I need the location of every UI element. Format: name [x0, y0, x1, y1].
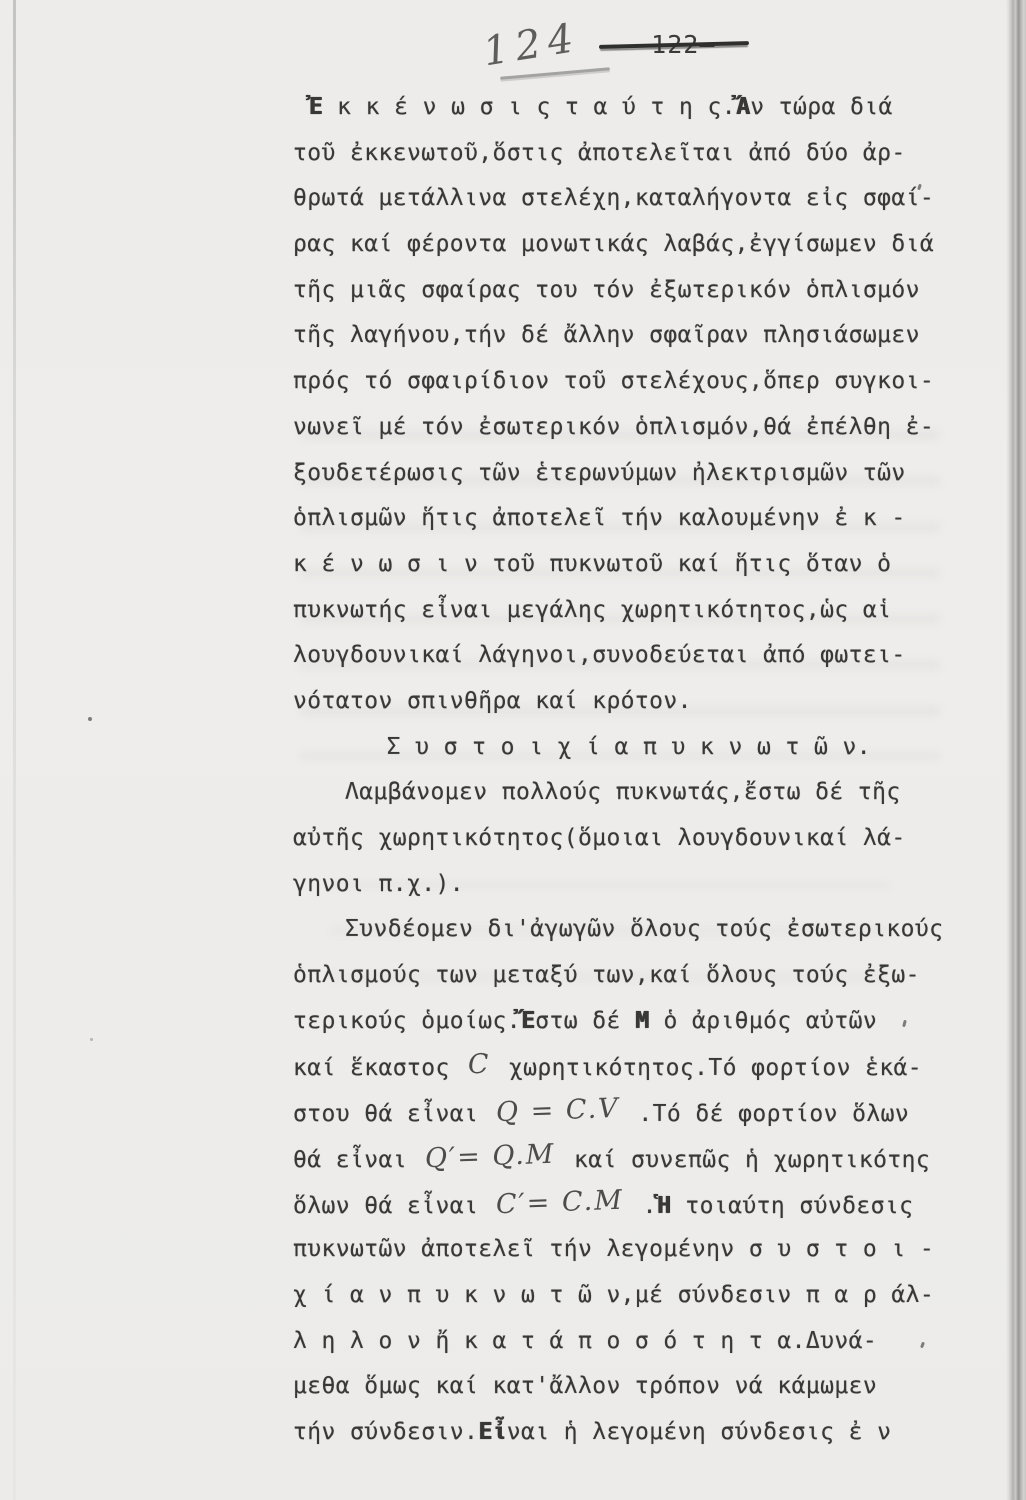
typed-text: Εἶ: [478, 1419, 507, 1445]
handwritten-formula: Q′= Q.M: [424, 1132, 556, 1182]
text-line: λουγδουνικαί λάγηνοι,συνοδεύεται ἀπό φωτ…: [293, 633, 973, 679]
text-line: πυκνωτής εἶναι μεγάλης χωρητικότητος,ὡς …: [293, 588, 973, 634]
text-line: χ ί α ν π υ κ ν ω τ ῶ ν,μέ σύνδεσιν π α …: [293, 1273, 973, 1319]
text-line: τερικούς ὁμοίως.Ἔστω δέ Μ ὁ ἀριθμός αὐτῶ…: [293, 999, 973, 1045]
text-line: ὁπλισμούς των μεταξύ των,καί ὅλους τούς …: [293, 953, 973, 999]
text-line: ρας καί φέροντα μονωτικάς λαβάς,ἐγγίσωμε…: [293, 222, 973, 268]
typed-text: νωνεῖ μέ τόν ἐσωτερικόν ὁπλισμόν,θά ἐπέλ…: [293, 414, 934, 440]
typed-text: χ ί α ν π υ κ ν ω τ ῶ ν,μέ σύνδεσιν π α …: [293, 1282, 934, 1308]
text-line: τοῦ ἐκκενωτοῦ,ὅστις ἀποτελεῖται ἀπό δύο …: [293, 131, 973, 177]
text-line: μεθα ὅμως καί κατ'ἄλλον τρόπον νά κάμωμε…: [293, 1364, 973, 1410]
typed-text: κ έ ν ω σ ι ν τοῦ πυκνωτοῦ καί ἥτις ὅταν…: [293, 551, 891, 577]
typed-text: Ἡ: [657, 1193, 671, 1219]
typed-text: Ἔ: [521, 1008, 535, 1034]
text-line: Λαμβάνομεν πολλούς πυκνωτάς,ἔστω δέ τῆς: [293, 770, 973, 816]
typed-text: ὁπλισμῶν ἥτις ἀποτελεῖ τήν καλουμένην ἐ …: [293, 505, 906, 531]
typed-text: αὐτῆς χωρητικότητος(ὅμοιαι λουγδουνικαί …: [293, 825, 906, 851]
page-left-edge-line: [13, 0, 16, 1500]
typed-text: ξουδετέρωσις τῶν ἑτερωνύμων ἠλεκτρισμῶν …: [293, 460, 906, 486]
typed-text: ὅλων θά εἶναι: [293, 1193, 492, 1219]
scan-speck: [90, 1038, 93, 1041]
text-line: νότατον σπινθῆρα καί κρότον.: [293, 679, 973, 725]
typed-text: τῆς λαγήνου,τήν δέ ἄλλην σφαῖραν πλησιάσ…: [293, 322, 920, 348]
typed-text: τοιαύτη σύνδεσις: [671, 1193, 913, 1219]
text-line: στου θά εἶναι Q = C.V .Τό δέ φορτίον ὅλω…: [293, 1090, 973, 1136]
text-line: γηνοι π.χ.).: [293, 862, 973, 908]
page-right-edge-stripes: [1006, 0, 1026, 1500]
crossed-out-page-number: ———122—: [603, 30, 715, 59]
typed-text: γηνοι π.χ.).: [293, 871, 464, 897]
typed-text: θρωτά μετάλλινα στελέχη,καταλήγοντα εἰς …: [293, 185, 934, 211]
text-line: κ έ ν ω σ ι ν τοῦ πυκνωτοῦ καί ἥτις ὅταν…: [293, 542, 973, 588]
typed-text: καί ἕκαστος: [293, 1055, 464, 1081]
typed-text: ὁπλισμούς των μεταξύ των,καί ὅλους τούς …: [293, 962, 920, 988]
typed-text: πυκνωτής εἶναι μεγάλης χωρητικότητος,ὡς …: [293, 597, 891, 623]
text-line: νωνεῖ μέ τόν ἐσωτερικόν ὁπλισμόν,θά ἐπέλ…: [293, 405, 973, 451]
typed-text: τῆς μιᾶς σφαίρας του τόν ἐξωτερικόν ὁπλι…: [293, 277, 920, 303]
typed-text: ὁ ἀριθμός αὐτῶν: [649, 1008, 877, 1034]
typed-text: καί συνεπῶς ἡ χωρητικότης: [560, 1147, 930, 1173]
typed-text: ρας καί φέροντα μονωτικάς λαβάς,ἐγγίσωμε…: [293, 231, 934, 257]
text-line: αὐτῆς χωρητικότητος(ὅμοιαι λουγδουνικαί …: [293, 816, 973, 862]
typed-text: πυκνωτῶν ἀποτελεῖ τήν λεγομένην σ υ σ τ …: [293, 1236, 934, 1262]
typed-text: Σ υ σ τ ο ι χ ί α π υ κ ν ω τ ῶ ν.: [387, 734, 871, 760]
text-line: τῆς μιᾶς σφαίρας του τόν ἐξωτερικόν ὁπλι…: [293, 268, 973, 314]
typed-text: τοῦ ἐκκενωτοῦ,ὅστις ἀποτελεῖται ἀπό δύο …: [293, 140, 906, 166]
typed-text: πρός τό σφαιρίδιον τοῦ στελέχους,ὅπερ συ…: [293, 368, 934, 394]
text-line: Ἐ κ κ έ ν ω σ ι ς τ α ύ τ η ς.Ἄν τώρα δι…: [293, 85, 973, 131]
typed-text: .Τό δέ φορτίον ὅλων: [624, 1101, 909, 1127]
text-line: τῆς λαγήνου,τήν δέ ἄλλην σφαῖραν πλησιάσ…: [293, 313, 973, 359]
handwritten-page-number: 124: [480, 15, 583, 76]
typed-text: λουγδουνικαί λάγηνοι,συνοδεύεται ἀπό φωτ…: [293, 642, 906, 668]
typed-text: Ἄ: [736, 94, 750, 120]
text-line: ξουδετέρωσις τῶν ἑτερωνύμων ἠλεκτρισμῶν …: [293, 451, 973, 497]
typed-text: στω δέ: [535, 1008, 635, 1034]
typed-text: ν τώρα διά: [750, 94, 892, 120]
text-line: ὅλων θά εἶναι C′= C.M .Ἡ τοιαύτη σύνδεσι…: [293, 1182, 973, 1228]
text-line: Σ υ σ τ ο ι χ ί α π υ κ ν ω τ ῶ ν.: [293, 725, 973, 771]
typed-text: λ η λ ο ν ἤ κ α τ ά π ο σ ό τ η τ α.Δυνά…: [293, 1328, 877, 1354]
typed-text: Μ: [635, 1008, 649, 1034]
text-line: ὁπλισμῶν ἥτις ἀποτελεῖ τήν καλουμένην ἐ …: [293, 496, 973, 542]
typed-text: θά εἶναι: [293, 1147, 421, 1173]
text-line: θρωτά μετάλλινα στελέχη,καταλήγοντα εἰς …: [293, 176, 973, 222]
text-line: πρός τό σφαιρίδιον τοῦ στελέχους,ὅπερ συ…: [293, 359, 973, 405]
scanned-page: 124 ———122— Ἐ κ κ έ ν ω σ ι ς τ α ύ τ η …: [0, 0, 1026, 1500]
typed-text: τερικούς ὁμοίως.: [293, 1008, 521, 1034]
typed-text: χωρητικότητος.Τό φορτίον ἑκά-: [495, 1055, 922, 1081]
text-line: τήν σύνδεσιν.Εἶναι ἡ λεγομένη σύνδεσις ἐ…: [293, 1410, 973, 1456]
text-line: πυκνωτῶν ἀποτελεῖ τήν λεγομένην σ υ σ τ …: [293, 1227, 973, 1273]
scan-speck: [88, 717, 92, 721]
typed-text: τήν σύνδεσιν.: [293, 1419, 478, 1445]
typed-text: νότατον σπινθῆρα καί κρότον.: [293, 688, 692, 714]
text-block: Ἐ κ κ έ ν ω σ ι ς τ α ύ τ η ς.Ἄν τώρα δι…: [293, 85, 973, 1456]
text-line: καί ἕκαστος C χωρητικότητος.Τό φορτίον ἑ…: [293, 1044, 973, 1090]
text-line: Συνδέομεν δι'ἀγωγῶν ὅλους τούς ἐσωτερικο…: [293, 907, 973, 953]
text-line: λ η λ ο ν ἤ κ α τ ά π ο σ ό τ η τ α.Δυνά…: [293, 1319, 973, 1365]
typed-text: ναι ἡ λεγομένη σύνδεσις ἐ ν: [507, 1419, 892, 1445]
handwritten-formula: Q = C.V: [496, 1086, 621, 1136]
handwritten-formula: C: [467, 1042, 491, 1088]
typed-text: Ἐ: [309, 94, 323, 120]
typed-text: κ κ έ ν ω σ ι ς τ α ύ τ η ς.: [323, 94, 736, 120]
typed-text: Λαμβάνομεν πολλούς πυκνωτάς,ἔστω δέ τῆς: [345, 779, 901, 805]
typed-text: Συνδέομεν δι'ἀγωγῶν ὅλους τούς ἐσωτερικο…: [345, 916, 943, 942]
typed-text: .: [628, 1193, 657, 1219]
typed-text: μεθα ὅμως καί κατ'ἄλλον τρόπον νά κάμωμε…: [293, 1373, 877, 1399]
text-line: θά εἶναι Q′= Q.M καί συνεπῶς ἡ χωρητικότ…: [293, 1136, 973, 1182]
typed-text: στου θά εἶναι: [293, 1101, 492, 1127]
handwritten-formula: C′= C.M: [496, 1177, 625, 1227]
